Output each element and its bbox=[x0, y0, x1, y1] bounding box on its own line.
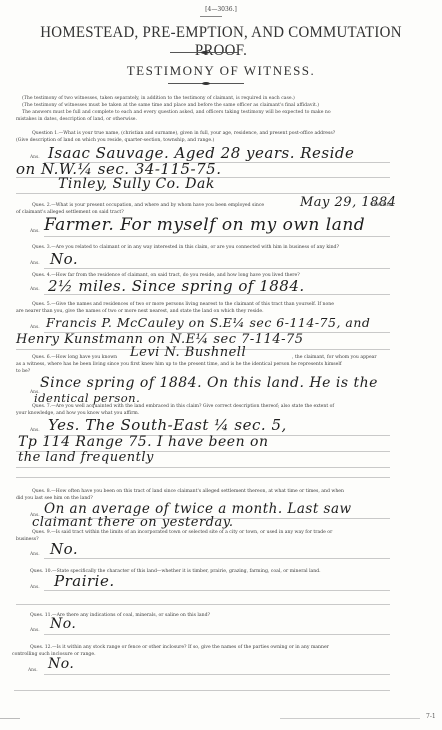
answer-line bbox=[44, 236, 390, 237]
answer-5-line-1: Francis P. McCauley on S.E¼ sec 6-114-75… bbox=[46, 315, 370, 330]
document-title: HOMESTEAD, PRE-EMPTION, AND COMMUTATION … bbox=[31, 24, 410, 60]
question-2-prompt-tail: the date bbox=[372, 203, 391, 208]
answer-label: Ans. bbox=[30, 261, 40, 266]
answer-7-line-1: Yes. The South-East ¼ sec. 5, bbox=[48, 416, 287, 434]
answer-label: Ans. bbox=[30, 325, 40, 330]
answer-label: Ans. bbox=[30, 585, 40, 590]
answer-1-line-3: Tinley, Sully Co. Dak bbox=[58, 176, 215, 192]
answer-label: Ans. bbox=[30, 552, 40, 557]
instruction-2: (The testimony of witnesses must be take… bbox=[22, 103, 319, 108]
question-9-prompt: Ques. 9.—Is said tract within the limits… bbox=[32, 530, 332, 535]
question-2-prompt: Ques. 2.—What is your present occupation… bbox=[32, 203, 264, 208]
instruction-4: mistakes in dates, description of land, … bbox=[16, 117, 137, 122]
answer-12-line-1: No. bbox=[48, 656, 74, 672]
answer-line bbox=[44, 590, 390, 591]
page-edge-line bbox=[0, 718, 20, 719]
answer-label: Ans. bbox=[30, 428, 40, 433]
answer-line bbox=[14, 690, 390, 691]
question-1-prompt: Question 1.—What is your true name, (chr… bbox=[32, 131, 335, 136]
answer-8-line-2: claimant there on yesterday. bbox=[32, 515, 233, 530]
answer-line bbox=[44, 268, 390, 269]
question-7-prompt: Ques. 7.—Are you well acquainted with th… bbox=[32, 404, 334, 409]
answer-2-line-1: Farmer. For myself on my own land bbox=[44, 215, 365, 235]
answer-line bbox=[16, 467, 390, 468]
answer-7-line-2: Tp 114 Range 75. I have been on bbox=[18, 434, 269, 450]
question-5-prompt-cont: are nearer than you, give the names of t… bbox=[16, 309, 264, 314]
instruction-1: (The testimony of two witnesses, taken s… bbox=[22, 96, 295, 101]
answer-label: Ans. bbox=[30, 229, 40, 234]
answer-7-line-3: the land frequently bbox=[18, 450, 154, 465]
answer-11-line-1: No. bbox=[50, 616, 76, 632]
instruction-3: The answers must be full and complete to… bbox=[22, 110, 331, 115]
question-8-prompt: Ques. 8.—How often have you been on this… bbox=[32, 489, 344, 494]
question-6-prompt-tail: , the claimant, for whom you appear bbox=[292, 355, 377, 360]
answer-4-line-1: 2½ miles. Since spring of 1884. bbox=[48, 277, 305, 295]
page-edge-line bbox=[280, 718, 420, 719]
answer-label: Ans. bbox=[30, 628, 40, 633]
answer-line bbox=[44, 294, 390, 295]
question-1-prompt-cont: (Give description of land on which you r… bbox=[16, 138, 214, 143]
question-6-prompt-cont: to be? bbox=[16, 369, 30, 374]
ornament-divider bbox=[168, 83, 244, 84]
answer-line bbox=[44, 674, 390, 675]
answer-label: Ans. bbox=[28, 668, 38, 673]
answer-line bbox=[16, 193, 390, 194]
document-subtitle: TESTIMONY OF WITNESS. bbox=[17, 63, 425, 79]
question-6-prompt-cont: as a witness, where has he been living s… bbox=[16, 362, 342, 367]
answer-line bbox=[44, 558, 390, 559]
divider bbox=[200, 16, 222, 17]
question-12-prompt: Ques. 12.—Is it within any stock range o… bbox=[30, 645, 329, 650]
answer-line bbox=[16, 604, 390, 605]
question-5-prompt: Ques. 5.—Give the names and residences o… bbox=[32, 302, 334, 307]
margin-note: 7-1 bbox=[426, 713, 436, 720]
question-9-prompt-cont: business? bbox=[16, 537, 39, 542]
answer-line bbox=[16, 477, 390, 478]
answer-6-line-1: Since spring of 1884. On this land. He i… bbox=[40, 375, 378, 391]
answer-10-line-1: Prairie. bbox=[54, 572, 115, 590]
answer-9-line-1: No. bbox=[50, 540, 78, 558]
form-number: [4—3036.] bbox=[0, 6, 442, 13]
question-6-prompt: Ques. 6.—How long have you known bbox=[32, 355, 117, 360]
answer-3-line-1: No. bbox=[50, 250, 78, 268]
answer-line bbox=[44, 634, 390, 635]
answer-6-line-2: identical person. bbox=[34, 391, 140, 405]
answer-6-claimant-name: Levi N. Bushnell bbox=[130, 345, 246, 360]
answer-label: Ans. bbox=[30, 287, 40, 292]
ornament-divider bbox=[170, 52, 238, 53]
